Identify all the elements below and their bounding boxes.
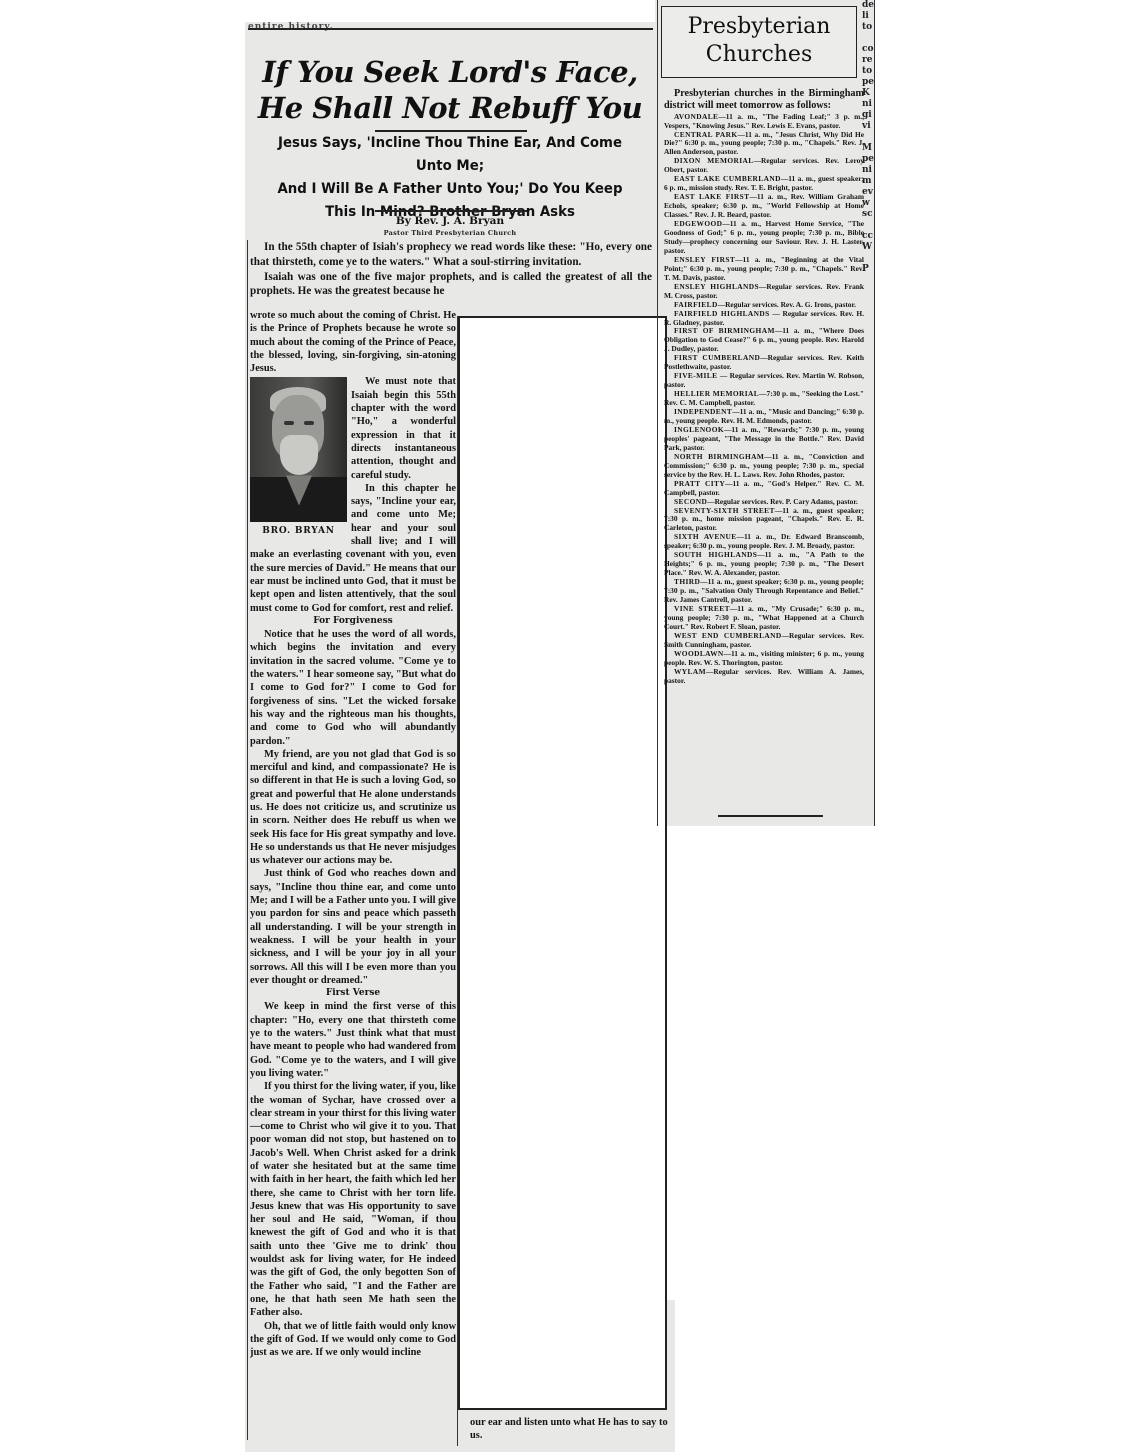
church-entry: INGLENOOK—11 a. m., "Rewards;" 7:30 p. m… [664,426,864,453]
intro-paragraph: Isaiah was one of the five major prophet… [250,270,652,300]
church-entry: WYLAM—Regular services. Rev. William A. … [664,668,864,686]
church-entry: INDEPENDENT—11 a. m., "Music and Dancing… [664,408,864,426]
listing-lead: Presbyterian churches in the Birmingham … [664,88,864,112]
fragment-text: re [862,55,876,66]
fragment-text: co [862,44,876,55]
church-entry: EDGEWOOD—11 a. m., Harvest Home Service,… [664,220,864,256]
fragment-text: gi [862,110,876,121]
fragment-text [862,132,876,143]
church-entry: AVONDALE—11 a. m., "The Fading Leaf;" 3 … [664,113,864,131]
article-continuation: our ear and listen unto what He has to s… [470,1416,670,1443]
church-name: DIXON MEMORIAL [674,156,754,165]
church-entry: ENSLEY FIRST—11 a. m., "Beginning at the… [664,256,864,283]
blank-region [472,326,662,1400]
fragment-text: vi [862,121,876,132]
church-name: FIRST CUMBERLAND [674,353,760,362]
church-entry: FIVE-MILE — Regular services. Rev. Marti… [664,372,864,390]
paragraph-pre-photo: wrote so much about the coming of Christ… [250,309,456,375]
section-subhead: For Forgiveness [250,615,456,628]
church-entry: DIXON MEMORIAL—Regular services. Rev. Le… [664,157,864,175]
church-name: THIRD [674,577,700,586]
church-name: EDGEWOOD [674,219,722,228]
church-name: EAST LAKE CUMBERLAND [674,174,781,183]
article-column: wrote so much about the coming of Christ… [250,309,456,1359]
headline-line-1: If You Seek Lord's Face, [248,54,652,90]
fragment-text: pe [862,154,876,165]
church-name: PRATT CITY [674,479,725,488]
fragment-text: de [862,0,876,11]
church-entry: WEST END CUMBERLAND—Regular services. Re… [664,632,864,650]
right-edge-fragments: delito coretopeKnigivi Mpenimevwsc ccW P [862,0,876,826]
fragment-text: sc [862,209,876,220]
church-name: CENTRAL PARK [674,130,738,139]
fragment-text: P [862,264,876,275]
byline: By Rev. J. A. Bryan [248,215,652,227]
pre-photo-text: wrote so much about the coming of Christ… [250,310,456,374]
fragment-text [862,253,876,264]
article-paragraph: Oh, that we of little faith would only k… [250,1320,456,1360]
article-paragraph: My friend, are you not glad that God is … [250,748,456,868]
church-entries: AVONDALE—11 a. m., "The Fading Leaf;" 3 … [664,113,864,686]
church-name: ENSLEY HIGHLANDS [674,282,759,291]
church-entry: EAST LAKE FIRST—11 a. m., Rev. William G… [664,193,864,220]
section-subhead: First Verse [250,987,456,1000]
column-rule-left [247,240,248,1440]
photo-caption: BRO. BRYAN [250,526,347,536]
column-rule-right [657,0,658,826]
title-line-1: Presbyterian [662,13,856,41]
church-entry: SOUTH HIGHLANDS—11 a. m., "A Path to the… [664,551,864,578]
fragment-text: ev [862,187,876,198]
church-entry: ENSLEY HIGHLANDS—Regular services. Rev. … [664,283,864,301]
church-name: AVONDALE [674,112,718,121]
church-name: VINE STREET [674,604,730,613]
church-name: INGLENOOK [674,425,724,434]
fragment-text: cc [862,231,876,242]
church-entry: THIRD—11 a. m., guest speaker; 6:30 p. m… [664,578,864,605]
subhead-rule [375,210,527,212]
intro-paragraph: In the 55th chapter of Isiah's prophecy … [250,240,652,270]
fragment-text [862,220,876,231]
article-intro: In the 55th chapter of Isiah's prophecy … [250,240,652,299]
church-name: WOODLAWN [674,649,724,658]
fragment-text: ni [862,165,876,176]
church-entry: FIRST OF BIRMINGHAM—11 a. m., "Where Doe… [664,327,864,354]
fragment-text: ni [862,99,876,110]
church-entry: NORTH BIRMINGHAM—11 a. m., "Conviction a… [664,453,864,480]
church-name: FAIRFIELD HIGHLANDS [674,309,770,318]
fragment-text: m [862,176,876,187]
fragment-text: to [862,66,876,77]
article-paragraph: Just think of God who reaches down and s… [250,867,456,987]
fragment-text: w [862,198,876,209]
church-name: NORTH BIRMINGHAM [674,452,764,461]
church-name: WYLAM [674,667,706,676]
church-details: —Regular services. Rev. A. G. Irons, pas… [718,300,856,309]
top-divider [248,28,653,34]
church-entry: VINE STREET—11 a. m., "My Crusade;" 6:30… [664,605,864,632]
headline-line-2: He Shall Not Rebuff You [248,90,652,126]
church-name: SEVENTY-SIXTH STREET [674,506,775,515]
church-entry: EAST LAKE CUMBERLAND—11 a. m., guest spe… [664,175,864,193]
article-paragraph: We keep in mind the first verse of this … [250,1000,456,1080]
church-entry: CENTRAL PARK—11 a. m., "Jesus Christ, Wh… [664,131,864,158]
fragment-text: to [862,22,876,33]
listing-end-rule [718,815,823,817]
church-name: FAIRFIELD [674,300,718,309]
subhead-line-2: And I Will Be A Father Unto You;' Do You… [264,178,636,201]
fragment-text: K [862,88,876,99]
church-name: SIXTH AVENUE [674,532,737,541]
byline-title: Pastor Third Presbyterian Church [248,229,652,237]
church-name: SECOND [674,497,707,506]
church-entry: HELLIER MEMORIAL—7:30 p. m., "Seeking th… [664,390,864,408]
church-name: WEST END CUMBERLAND [674,631,782,640]
presbyterian-listing: Presbyterian churches in the Birmingham … [664,88,864,686]
article-paragraph: If you thirst for the living water, if y… [250,1080,456,1319]
church-entry: PRATT CITY—11 a. m., "God's Helper." Rev… [664,480,864,498]
church-name: HELLIER MEMORIAL [674,389,759,398]
subhead-line-1: Jesus Says, 'Incline Thou Thine Ear, And… [264,132,636,178]
author-photo-block: BRO. BRYAN [250,377,347,539]
church-entry: WOODLAWN—11 a. m., visiting minister; 6 … [664,650,864,668]
fragment-text [862,33,876,44]
church-name: EAST LAKE FIRST [674,192,750,201]
fragment-text: pe [862,77,876,88]
church-entry: FAIRFIELD HIGHLANDS — Regular services. … [664,310,864,328]
author-photo [250,377,347,522]
church-details: —Regular services. Rev. P. Cary Adams, p… [707,497,858,506]
church-name: FIRST OF BIRMINGHAM [674,326,775,335]
fragment-text: li [862,11,876,22]
church-name: INDEPENDENT [674,407,732,416]
fragment-text: W [862,242,876,253]
fragment-text: M [862,143,876,154]
church-name: SOUTH HIGHLANDS [674,550,757,559]
church-name: FIVE-MILE [674,371,717,380]
article-headline: If You Seek Lord's Face, He Shall Not Re… [248,54,652,126]
article-paragraph: Notice that he uses the word of all word… [250,628,456,748]
presbyterian-title-box: Presbyterian Churches [661,6,857,78]
church-entry: SIXTH AVENUE—11 a. m., Dr. Edward Bransc… [664,533,864,551]
church-name: ENSLEY FIRST [674,255,735,264]
title-line-2: Churches [662,41,856,69]
church-entry: FIRST CUMBERLAND—Regular services. Rev. … [664,354,864,372]
church-entry: SEVENTY-SIXTH STREET—11 a. m., guest spe… [664,507,864,534]
